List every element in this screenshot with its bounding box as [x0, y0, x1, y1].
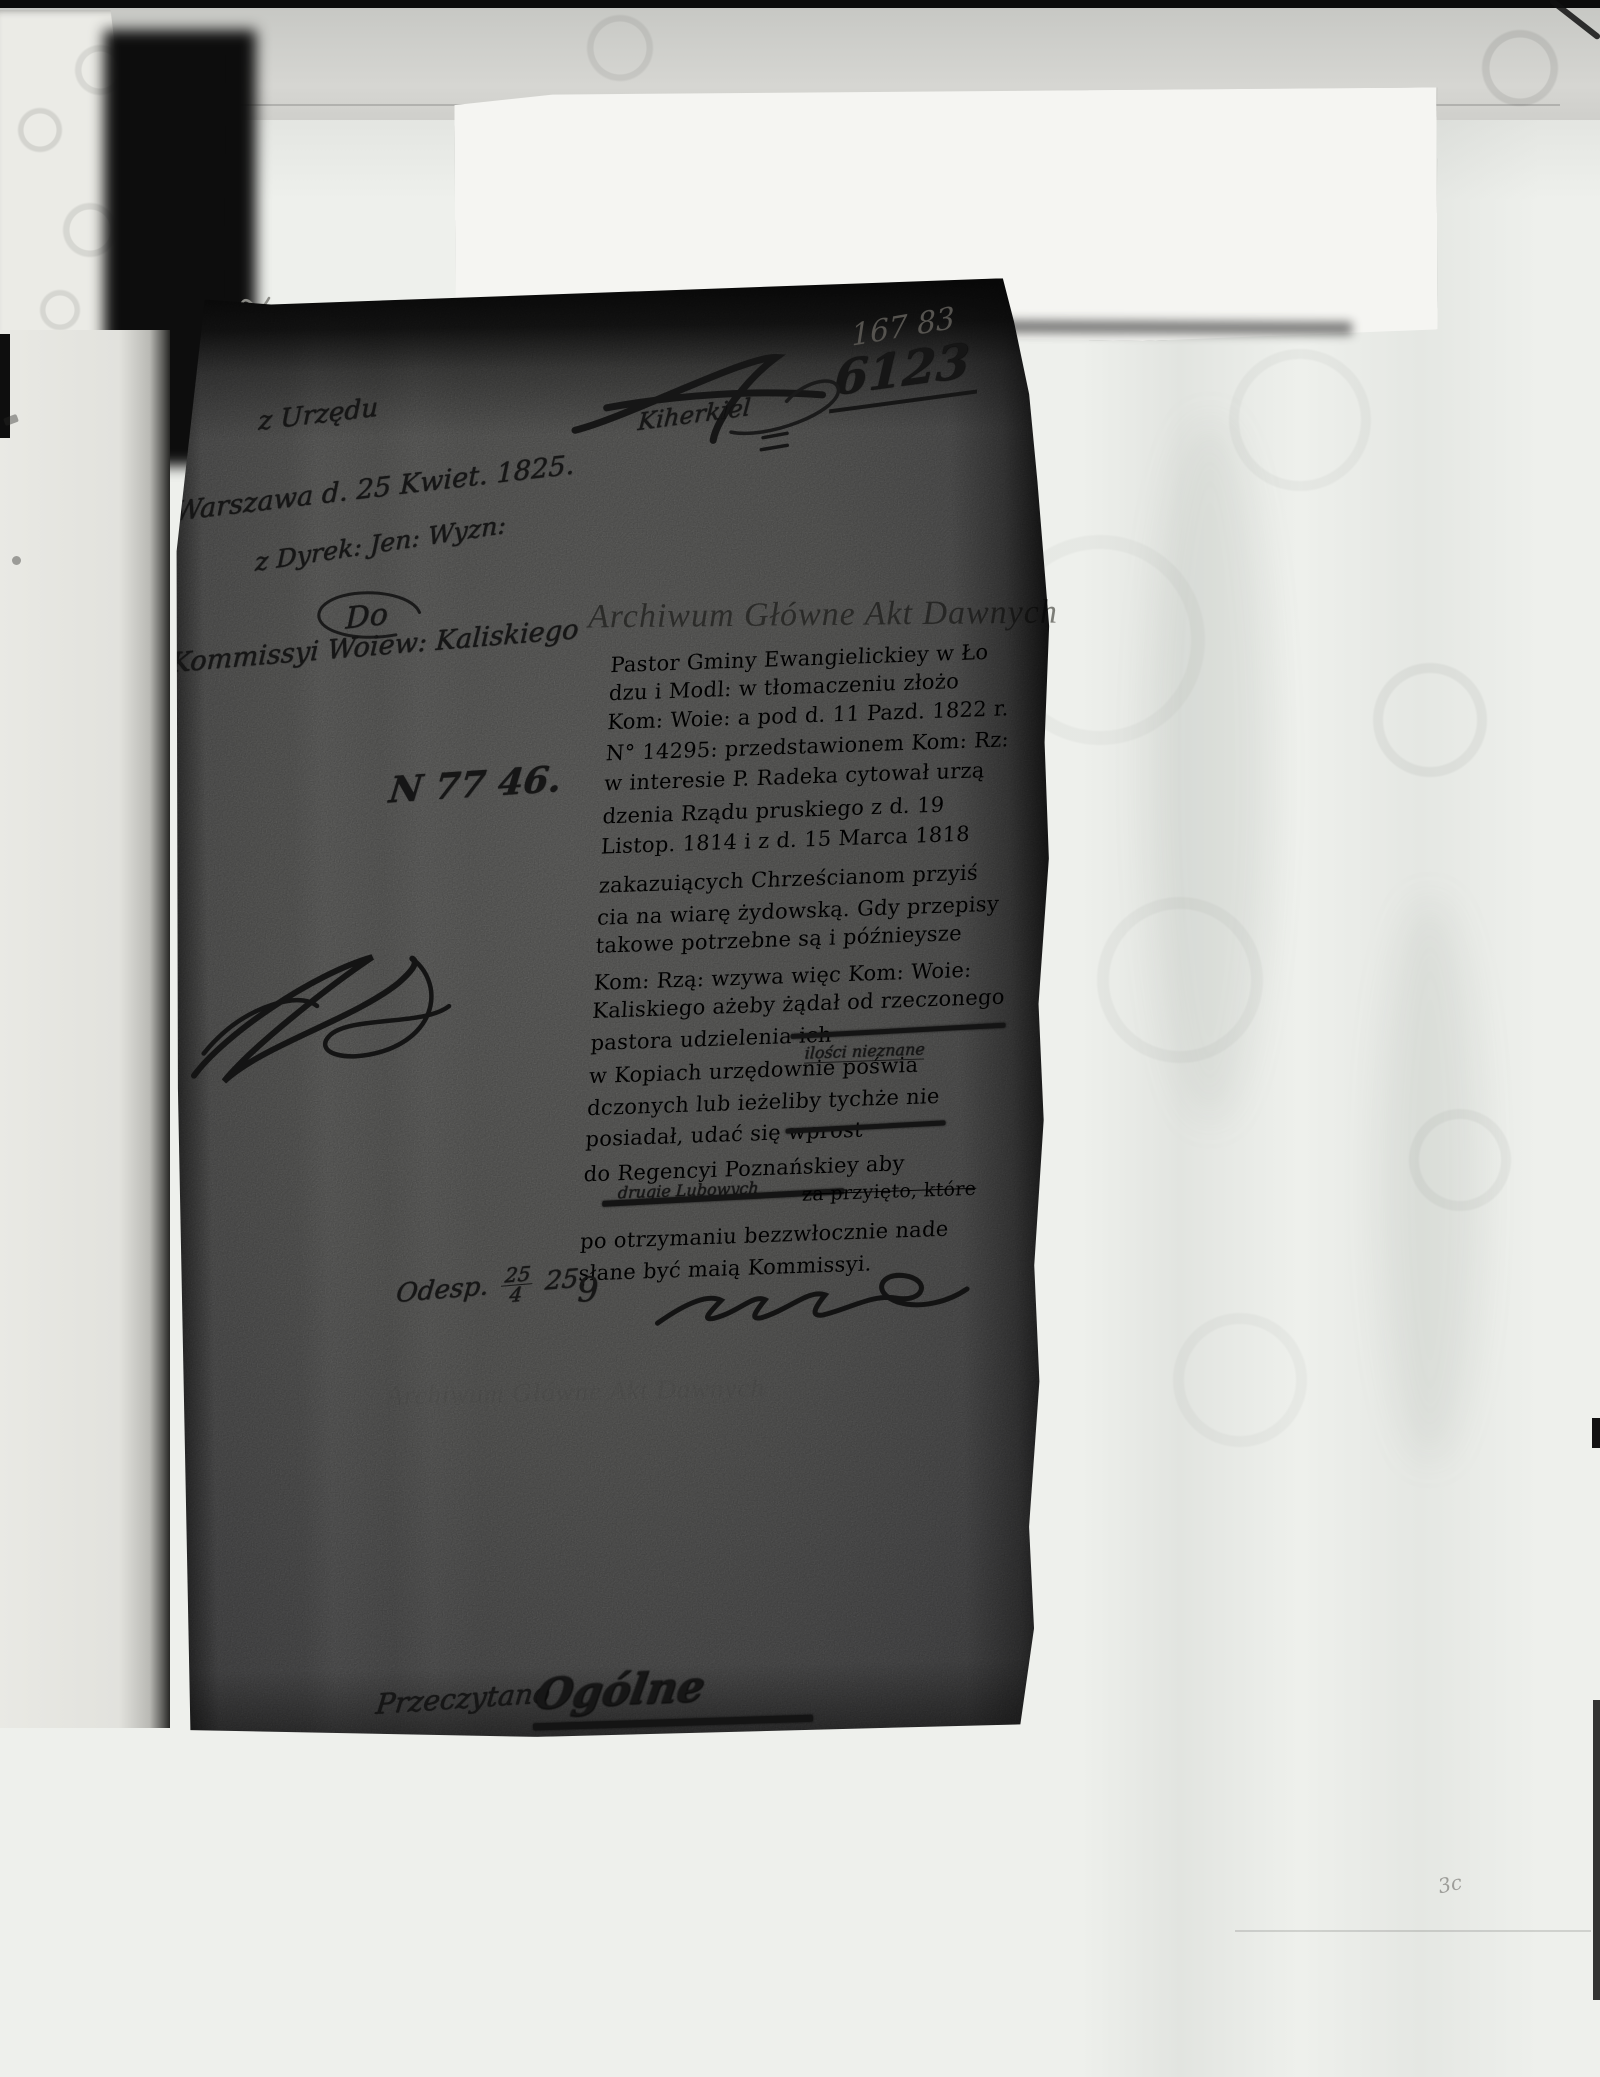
from-line: z Urzędu — [258, 393, 378, 437]
corner-pencil-note: 3c — [1436, 1870, 1464, 1898]
body-line: w Kopiach urzędownie poświa — [588, 1053, 919, 1089]
body-line: dczonych lub ieżeliby tychże nie — [587, 1084, 941, 1120]
docket-flourish — [726, 372, 847, 444]
file-number: N 77 46. — [387, 758, 564, 811]
left-page-edge-strip — [0, 330, 170, 1728]
body-line: zakazuiących Chrześcianom przyiś — [598, 860, 978, 897]
body-line: posiadał, udać się wprost — [585, 1118, 864, 1152]
showthrough-mark — [12, 556, 21, 565]
body-line: po otrzymaniu bezzwłocznie nade — [580, 1217, 950, 1254]
faint-center-watermark: Archiwum Główne Akt Dawnych — [386, 1372, 765, 1412]
letter-body: Pastor Gminy Ewangielickiey w Ło dzu i M… — [577, 622, 1071, 1300]
body-line: dzenia Rządu pruskiego z d. 19 — [602, 793, 945, 829]
document-page: 167 83 6123 z Urzędu Warszawa d. 25 Kwie… — [165, 278, 1067, 1742]
background-wisp — [1380, 900, 1480, 1460]
dispatch-word: Odesp. — [395, 1271, 490, 1309]
dispatch-note: Odesp. 25 4 25. — [394, 1260, 588, 1315]
clerk-signature-flourish — [649, 1257, 990, 1342]
docket-underline — [533, 1715, 813, 1731]
dispatch-date-fraction: 25 4 — [499, 1264, 534, 1306]
struck-through-text: za przyięto, które — [802, 1178, 977, 1206]
body-line: pastora udzielenia ich — [590, 1023, 833, 1055]
archive-watermark: Archiwum Główne Akt Dawnych — [588, 594, 1058, 637]
place-date-line: Warszawa d. 25 Kwiet. 1825. — [174, 450, 575, 528]
department-line: z Dyrek: Jen: Wyzn: — [255, 510, 507, 577]
reviewed-word: Przeczytano — [374, 1676, 551, 1720]
body-line: w interesie P. Radeka cytował urzą — [604, 758, 986, 795]
faint-scratch-line — [1235, 1930, 1591, 1932]
heavy-docket-word: Ogólne — [532, 1662, 708, 1719]
film-edge-sliver — [1593, 1700, 1600, 2000]
background-wisp — [1150, 420, 1270, 1120]
page-digit: 9 — [577, 1270, 599, 1310]
film-edge-nub — [1592, 1418, 1600, 1448]
body-line: Listop. 1814 i z d. 15 Marca 1818 — [600, 822, 970, 859]
archival-scan: 167 83 6123 z Urzędu Warszawa d. 25 Kwie… — [0, 0, 1600, 2077]
left-signature-flourish — [162, 922, 464, 1106]
